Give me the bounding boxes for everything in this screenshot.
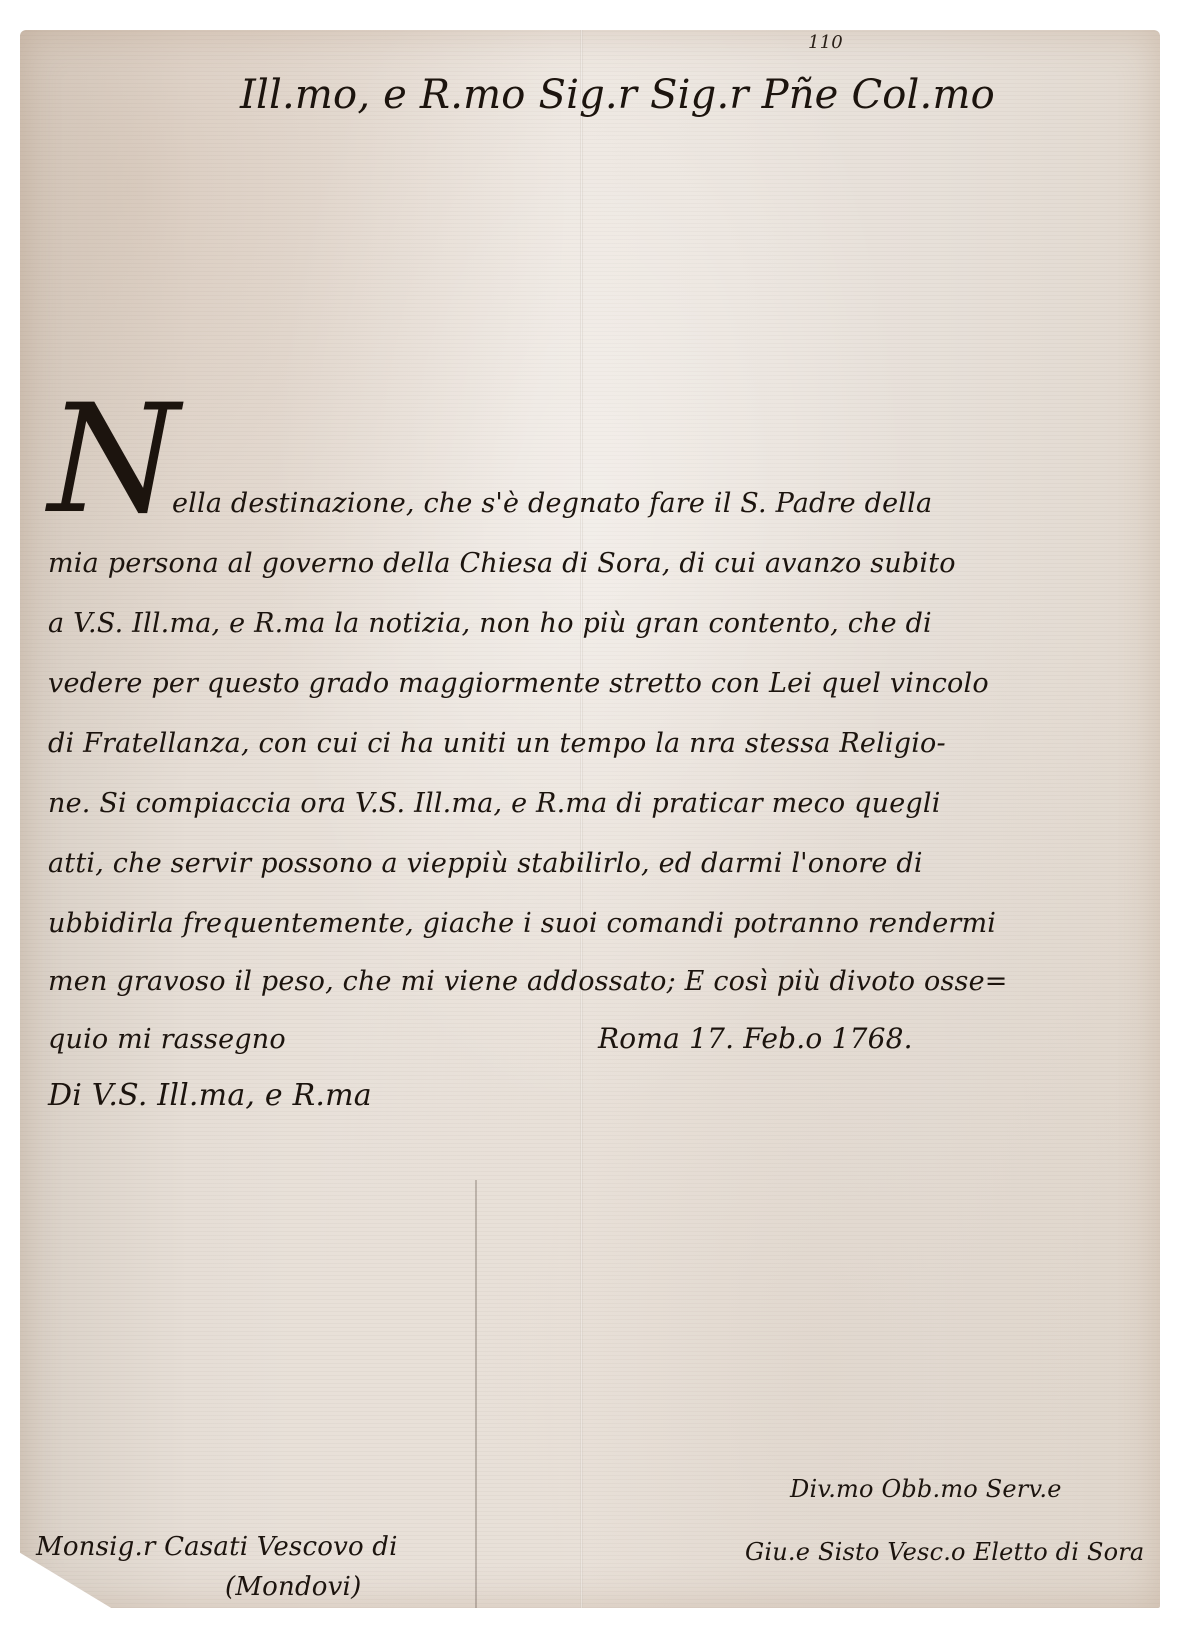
body-line-5: di Fratellanza, con cui ci ha uniti un t…: [48, 728, 946, 759]
body-line-2: mia persona al governo della Chiesa di S…: [48, 548, 956, 579]
folio-number: 110: [808, 32, 843, 53]
body-line-3: a V.S. Ill.ma, e R.ma la notizia, non ho…: [48, 608, 932, 639]
paper-fold-line: [580, 30, 583, 1608]
closing-formula: Di V.S. Ill.ma, e R.ma: [48, 1078, 372, 1113]
body-line-6: ne. Si compiaccia ora V.S. Ill.ma, e R.m…: [48, 788, 941, 819]
salutation-heading: Ill.mo, e R.mo Sig.r Sig.r Pñe Col.mo: [240, 72, 995, 118]
body-line-8: ubbidirla frequentemente, giache i suoi …: [48, 908, 996, 939]
body-line-4: vedere per questo grado maggiormente str…: [48, 668, 989, 699]
body-line-1: ella destinazione, che s'è degnato fare …: [172, 488, 932, 519]
body-line-10: quio mi rassegno: [48, 1024, 286, 1055]
letter-paper: [20, 30, 1160, 1608]
addressee-line-2: (Mondovi): [225, 1572, 361, 1602]
drop-cap-initial: N: [48, 385, 179, 535]
place-date: Roma 17. Feb.o 1768.: [598, 1022, 913, 1055]
body-line-7: atti, che servir possono a vieppiù stabi…: [48, 848, 923, 879]
addressee-line-1: Monsig.r Casati Vescovo di: [36, 1532, 398, 1562]
paper-tear-line: [475, 1180, 477, 1610]
signature-line-1: Div.mo Obb.mo Serv.e: [790, 1475, 1062, 1503]
body-line-9: men gravoso il peso, che mi viene addoss…: [48, 966, 1008, 997]
signature-line-2: Giu.e Sisto Vesc.o Eletto di Sora: [745, 1538, 1144, 1566]
